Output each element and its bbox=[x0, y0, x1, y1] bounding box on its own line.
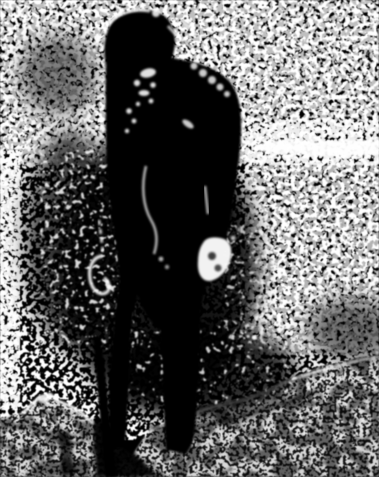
face-speck-4 bbox=[136, 102, 140, 106]
coat-fold-speck-2 bbox=[165, 265, 169, 269]
shoulder-speck-3 bbox=[208, 76, 216, 84]
face-blob-beard bbox=[139, 90, 150, 96]
face-speck-2 bbox=[150, 82, 156, 88]
dark-patch-upper-left bbox=[20, 35, 96, 115]
speckle-strip-left-edge bbox=[0, 150, 20, 410]
shoulder-speck-2 bbox=[199, 69, 207, 77]
face-speck-3 bbox=[149, 99, 154, 104]
edge-detected-photo bbox=[0, 0, 379, 477]
glove-curl-2 bbox=[215, 265, 222, 272]
shoulder-speck-4 bbox=[217, 84, 224, 91]
glove-speck-2 bbox=[237, 228, 241, 232]
photo-canvas bbox=[0, 0, 379, 477]
cap-top-highlight bbox=[152, 9, 160, 17]
shoulder-speck-5 bbox=[224, 91, 230, 97]
collar-speck-2 bbox=[132, 119, 137, 124]
glove-speck-1 bbox=[231, 236, 236, 241]
coat-fold-speck-1 bbox=[159, 257, 164, 262]
shoulder-speck-1 bbox=[191, 63, 198, 70]
faint-dots-above-rock bbox=[118, 320, 313, 405]
glove-curl-1 bbox=[208, 252, 216, 260]
collar-speck-1 bbox=[126, 108, 132, 114]
face-speck-1 bbox=[134, 80, 140, 86]
collar-speck-3 bbox=[125, 129, 129, 133]
